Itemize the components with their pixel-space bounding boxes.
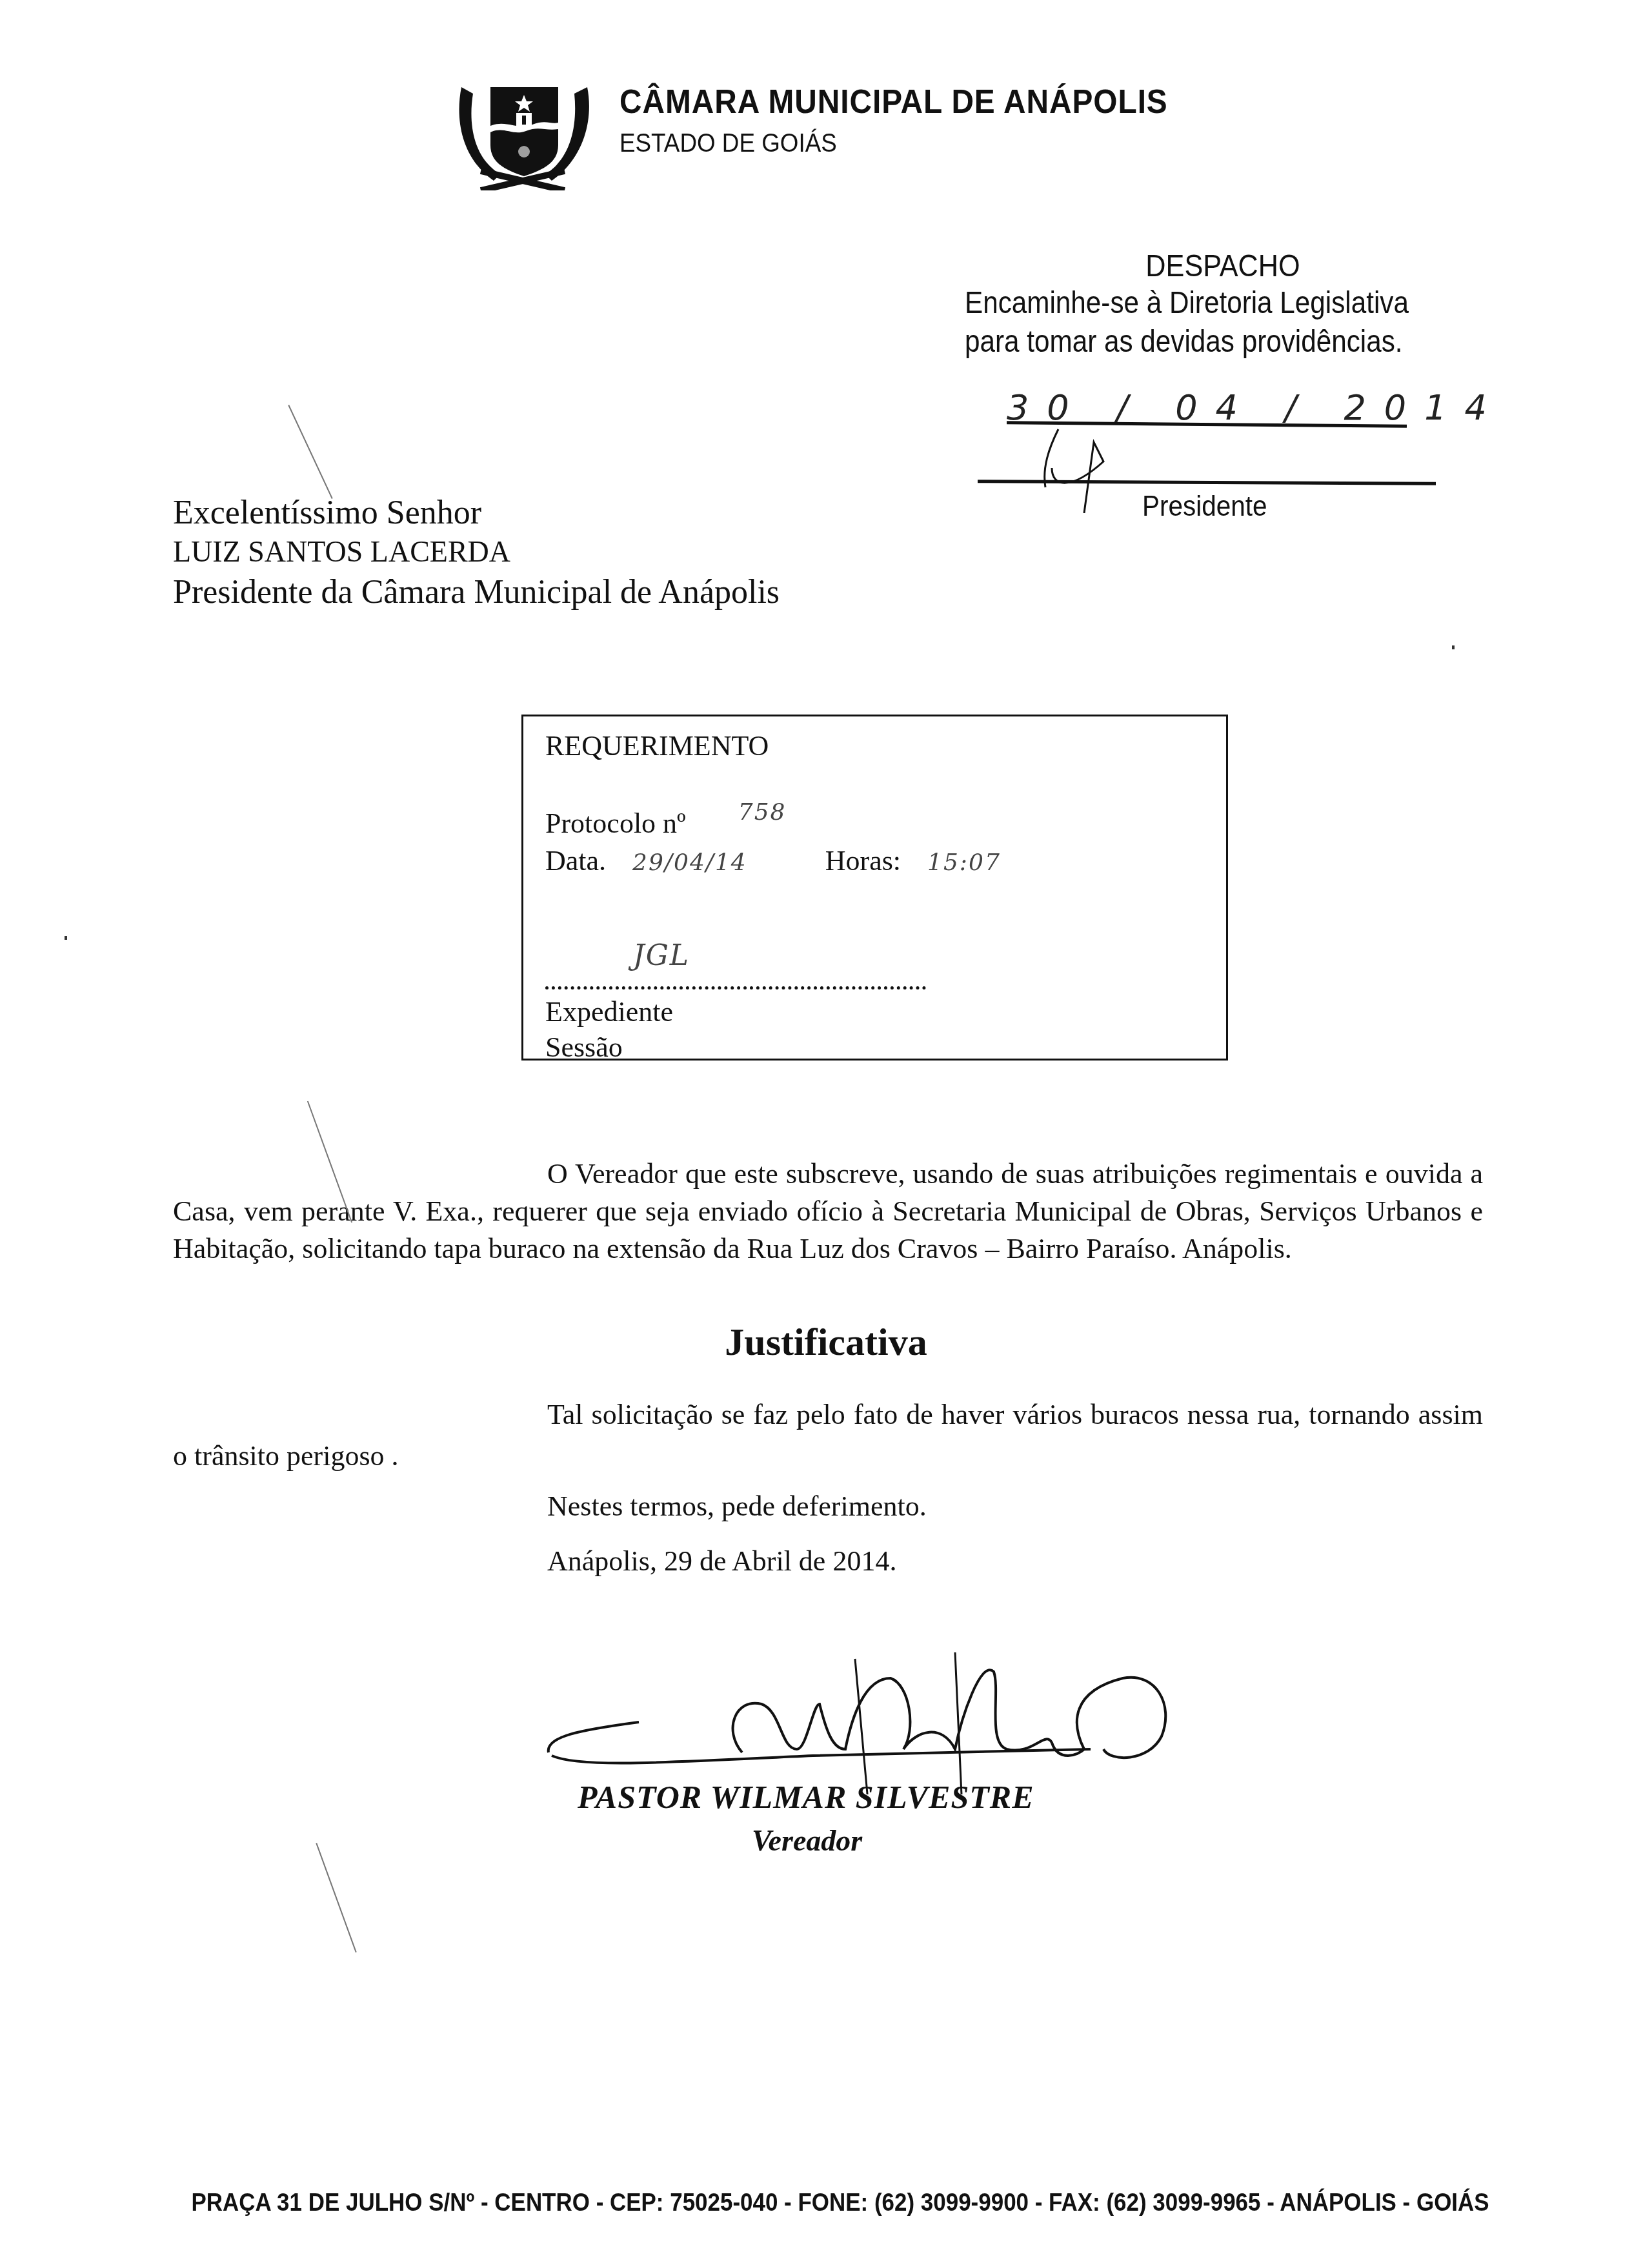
box-title: REQUERIMENTO <box>545 729 769 762</box>
scan-speck <box>1452 645 1455 649</box>
scan-speck <box>65 936 67 940</box>
signer-name: PASTOR WILMAR SILVESTRE <box>578 1778 1034 1816</box>
date-label: Data. <box>545 845 606 877</box>
scan-line <box>288 405 332 499</box>
expediente-label: Expediente <box>545 995 673 1028</box>
addressee-title: Presidente da Câmara Municipal de Anápol… <box>173 573 780 611</box>
despacho-title: DESPACHO <box>991 249 1455 284</box>
scan-line <box>316 1843 356 1953</box>
justification-heading: Justificativa <box>0 1320 1652 1365</box>
hours-label: Horas: <box>825 845 901 877</box>
hours-value: 15:07 <box>927 849 1001 876</box>
protocol-box: REQUERIMENTO Protocolo nº 758 Data. 29/0… <box>521 715 1228 1060</box>
protocol-label: Protocolo nº <box>545 807 686 839</box>
signer-role: Vereador <box>752 1823 862 1858</box>
despacho-stamp: DESPACHO Encaminhe-se à Diretoria Legisl… <box>965 249 1481 361</box>
despacho-signer: Presidente <box>1142 491 1267 523</box>
receiver-initials: JGL <box>633 939 690 972</box>
date-row: Data. 29/04/14 Horas: 15:07 <box>545 844 1001 877</box>
place-date: Anápolis, 29 de Abril de 2014. <box>547 1543 896 1580</box>
justification-paragraph: Tal solicitação se faz pelo fato de have… <box>173 1394 1483 1477</box>
signature-dotted-line <box>545 986 926 989</box>
header-subtitle: ESTADO DE GOIÁS <box>619 129 837 158</box>
request-text: O Vereador que este subscreve, usando de… <box>173 1158 1483 1264</box>
protocol-row: Protocolo nº 758 <box>545 807 786 840</box>
protocol-value: 758 <box>738 799 787 826</box>
despacho-line-2: para tomar as devidas providências. <box>965 323 1419 361</box>
justification-text: Tal solicitação se faz pelo fato de have… <box>173 1399 1483 1472</box>
addressee-name: LUIZ SANTOS LACERDA <box>173 534 510 569</box>
date-value: 29/04/14 <box>632 849 747 876</box>
closing: Nestes termos, pede deferimento. <box>547 1488 927 1525</box>
president-signature <box>1032 423 1149 513</box>
addressee-salutation: Excelentíssimo Senhor <box>173 494 481 532</box>
header-title: CÂMARA MUNICIPAL DE ANÁPOLIS <box>619 83 1168 121</box>
sessao-label: Sessão <box>545 1031 623 1064</box>
vereador-signature <box>542 1652 1174 1794</box>
request-paragraph: O Vereador que este subscreve, usando de… <box>173 1155 1483 1268</box>
despacho-line-1: Encaminhe-se à Diretoria Legislativa <box>965 284 1419 323</box>
coat-of-arms-icon <box>455 61 594 190</box>
footer-address: PRAÇA 31 DE JULHO S/Nº - CENTRO - CEP: 7… <box>191 2189 1473 2217</box>
